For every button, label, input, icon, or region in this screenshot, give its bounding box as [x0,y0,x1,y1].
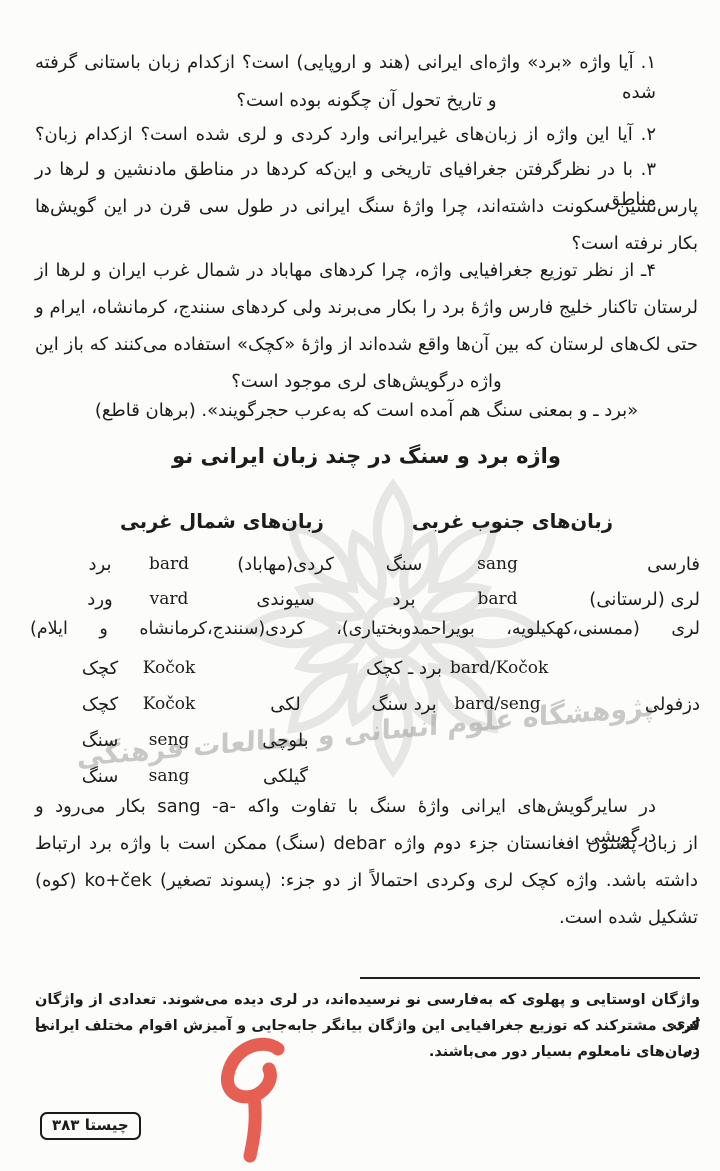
table-row: لری (لرستانی) bard برد سیوندی vard ورد [75,583,700,615]
table-spanning-row: لری (ممسنی،کهکیلویه، بویراحمدوبختیاری)، … [30,619,700,639]
closing-line-3: داشته باشد. واژه کچک لری وکردی احتمالاً … [35,866,698,896]
page-number-stamp: چیستا ۳۸۳ [40,1112,141,1140]
table-cell: بلوچی [213,730,358,751]
table-cell: گیلکی [213,766,358,787]
question-1-line-2: و تاریخ تحول آن چگونه بوده است؟ [35,86,698,116]
handwritten-red-mark [216,1034,306,1166]
table-cell: سنگ [358,554,450,575]
question-3-line-3: بکار نرفته است؟ [35,229,698,259]
table-header-southwest: زبان‌های جنوب غربی [412,510,613,533]
table-cell: برد ـ کچک [358,658,450,679]
table-header-northwest: زبان‌های شمال غربی [120,510,324,533]
table-cell: سنگ [75,730,125,751]
table-cell: bard/Kočok [450,658,545,678]
table-cell: برد [75,554,125,575]
question-4-line-1: ۴ـ از نظر توزیع جغرافیایی واژه، چرا کرده… [35,256,698,286]
table-cell: سیوندی [213,589,358,610]
table-cell: سنگ [75,766,125,787]
footnote-separator [360,977,700,979]
table-row: bard/Kočok برد ـ کچک Kočok کچک [75,652,700,684]
table-cell: کچک [75,694,125,715]
table-row: گیلکی sang سنگ [75,760,700,792]
table-cell: bard [450,589,545,609]
table-cell: کردی(مهاباد) [213,554,358,575]
question-4-line-3: حتی لک‌های لرستان که بین آن‌ها واقع شده‌… [35,330,698,360]
table-cell: sang [125,766,213,786]
question-4-line-2: لرستان تاکنار خلیج فارس واژهٔ برد را بکا… [35,293,698,323]
table-row: دزفولی bard/seng برد سنگ لکی Kočok کچک [75,688,700,720]
table-cell: ورد [75,589,125,610]
question-4-line-4: واژه درگویش‌های لری موجود است؟ [35,367,698,397]
table-cell: لکی [213,694,358,715]
dictionary-quote: «برد ـ و بمعنی سنگ هم آمده است که به‌عرب… [35,396,698,426]
table-row: بلوچی seng سنگ [75,724,700,756]
table-cell: دزفولی [545,694,700,715]
table-cell: vard [125,589,213,609]
footnote-line-3: زمان‌های نامعلوم بسیار دور می‌باشند. [35,1040,700,1064]
question-3-line-2: پارس‌نشین سکونت داشته‌اند، چرا واژهٔ سنگ… [35,192,698,222]
table-cell: فارسی [545,554,700,575]
table-cell: برد [358,589,450,610]
table-cell: لری (لرستانی) [545,589,700,610]
closing-line-4: تشکیل شده است. [35,903,698,933]
table-cell: seng [125,730,213,750]
table-cell: bard/seng [450,694,545,714]
table-cell: Kočok [125,694,213,714]
question-2-line: ۲. آیا این واژه از زبان‌های غیرایرانی وا… [35,120,698,150]
table-cell: کچک [75,658,125,679]
section-heading: واژه برد و سنگ در چند زبان ایرانی نو [35,444,698,468]
table-cell: bard [125,554,213,574]
closing-line-2: از زبان پشتون افغانستان جزء دوم واژه deb… [35,829,698,859]
scanned-document-page: پژوهشگاه علوم انسانی و مطالعات فرهنگی ۱.… [0,0,720,1171]
table-row: فارسی sang سنگ کردی(مهاباد) bard برد [75,548,700,580]
table-cell: برد سنگ [358,694,450,715]
table-cell: Kočok [125,658,213,678]
table-cell: sang [450,554,545,574]
